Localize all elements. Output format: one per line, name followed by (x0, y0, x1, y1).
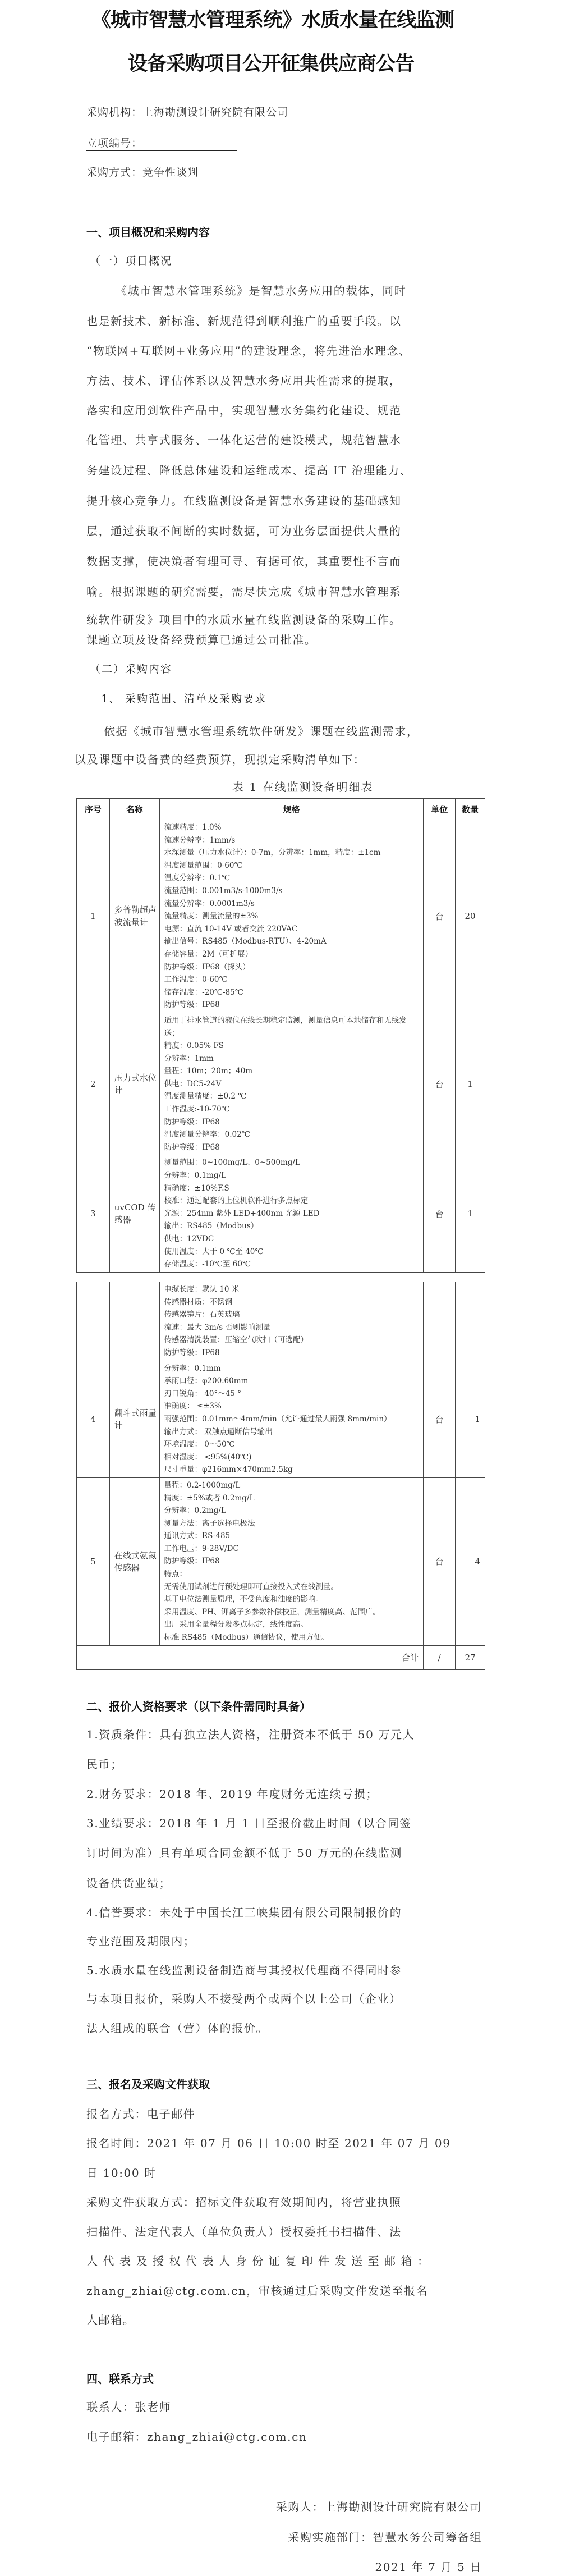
equipment-table-continued: 电缆长度：默认 10 米 传感器材质：不锈钢 传感器镜片：石英玻璃 流速：最大 … (76, 1282, 485, 1670)
row-name: 多普勒超声波流量计 (109, 820, 159, 1013)
spec-line: 输出信号：RS485（Modbus-RTU）、4-20mA (164, 935, 419, 948)
row-no: 1 (77, 820, 110, 1013)
spec-line: 出厂采用全量程分段多点标定，线性度高。 (164, 1618, 419, 1631)
spec-line: 分辨率：0.1mg/L (164, 1169, 419, 1182)
spec-line: 校准：通过配套的上位机软件进行多点标定 (164, 1195, 419, 1207)
row-name: 在线式氨氮传感器 (109, 1477, 159, 1645)
row-name: 翻斗式雨量计 (109, 1361, 159, 1477)
row-spec: 测量范围：0~100mg/L、0~500mg/L 分辨率：0.1mg/L 精确度… (159, 1155, 424, 1272)
spec-line: 输出：RS485（Modbus） (164, 1220, 419, 1233)
qualification-line: 4.信誉要求：未处于中国长江三峡集团有限公司限制报价的 (86, 1904, 402, 1920)
intro-line: 以及课题中设备费的经费预算，现拟定采购清单如下： (75, 751, 365, 767)
section-3-heading: 三、报名及采购文件获取 (86, 2075, 210, 2092)
registration-line: 人邮箱。 (86, 2311, 135, 2327)
header-name: 名称 (109, 799, 159, 820)
spec-line: 精度：0.05% FS (164, 1040, 419, 1053)
row-name: uvCOD 传感器 (109, 1155, 159, 1272)
spec-line: 供电：12VDC (164, 1233, 419, 1246)
header-unit: 单位 (424, 799, 456, 820)
table-row-continued: 电缆长度：默认 10 米 传感器材质：不锈钢 传感器镜片：石英玻璃 流速：最大 … (77, 1282, 485, 1361)
row-no: 3 (77, 1155, 110, 1272)
spec-line: 温度测量精度：±0.2 ℃ (164, 1090, 419, 1103)
row-unit: 台 (424, 1155, 456, 1272)
row-qty: 1 (456, 1155, 485, 1272)
paragraph-line: 落实和应用到软件产品中，实现智慧水务集约化建设、规范 (86, 401, 402, 418)
row-name: 压力式水位计 (109, 1013, 159, 1155)
row-spec: 分辨率：0.1mm 承雨口径：φ200.60mm 刃口锐角： 40°～45 ° … (159, 1361, 424, 1477)
spec-line: 防护等级：IP68（探头） (164, 961, 419, 974)
row-no: 5 (77, 1477, 110, 1645)
spec-line: 工作温度:-10-70℃ (164, 1103, 419, 1116)
row-unit: 台 (424, 1361, 456, 1477)
spec-line: 光源：254nm 紫外 LED+400nm 光源 LED (164, 1207, 419, 1220)
row-spec: 电缆长度：默认 10 米 传感器材质：不锈钢 传感器镜片：石英玻璃 流速：最大 … (159, 1282, 424, 1361)
spec-line: 分辨率：0.1mm (164, 1362, 419, 1375)
spec-line: 供电：DC5-24V (164, 1078, 419, 1091)
spec-line: 电缆长度：默认 10 米 (164, 1283, 419, 1296)
registration-email-line[interactable]: zhang_zhiai@ctg.com.cn，审核通过后采购文件发送至报名 (86, 2282, 428, 2298)
spec-line: 工作电压：9-28V/DC (164, 1543, 419, 1555)
document-title-line-1: 《城市智慧水管理系统》水质水量在线监测 (91, 4, 454, 33)
signature-purchaser: 采购人：上海勘测设计研究院有限公司 (276, 2498, 482, 2514)
spec-line: 传感器材质：不锈钢 (164, 1296, 419, 1309)
spec-line: 精确度：±10%F.S (164, 1182, 419, 1195)
procurement-scope-heading: 1、 采购范围、清单及采购要求 (101, 690, 266, 706)
spec-line: 采用温度、PH、钾离子多参数补偿校正，测量精度高、范围广。 (164, 1606, 419, 1619)
subsection-procurement-content-heading: （二）采购内容 (90, 661, 172, 676)
row-unit-empty (424, 1282, 456, 1361)
paragraph-line: 喻。根据课题的研究需要，需尽快完成《城市智慧水管理系 (86, 583, 402, 599)
row-unit: 台 (424, 1477, 456, 1645)
spec-line: 精度：±5%或者 0.2mg/L (164, 1492, 419, 1505)
row-name-empty (109, 1282, 159, 1361)
spec-line: 温度测量分辨率：0.02℃ (164, 1128, 419, 1141)
total-label: 合计 (77, 1645, 424, 1669)
spec-line: 分辨率：0.2mg/L (164, 1504, 419, 1517)
qualification-line: 法人组成的联合（营）体的报价。 (86, 2019, 268, 2035)
spec-line: 准确度： ≤±3% (164, 1400, 419, 1413)
row-no: 4 (77, 1361, 110, 1477)
spec-line: 工作温度：0-60℃ (164, 973, 419, 986)
spec-line: 使用温度：大于 0 ℃至 40℃ (164, 1246, 419, 1259)
table-row: 5 在线式氨氮传感器 量程：0.2-1000mg/L 精度：±5%或者 0.2m… (77, 1477, 485, 1645)
paragraph-line: 务建设过程、降低总体建设和运维成本、提高 IT 治理能力、 (86, 461, 412, 478)
spec-line: 适用于排水管道的液位在线长期稳定监测，测量信息可本地储存和无线发送； (164, 1014, 419, 1040)
qualification-line: 民币； (86, 1755, 123, 1772)
spec-line: 相对湿度： <95%(40℃) (164, 1451, 419, 1464)
registration-line: 报名方式：电子邮件 (86, 2105, 195, 2121)
spec-line: 流速：最大 3m/s 否则影响测量 (164, 1321, 419, 1334)
spec-line: 标准 RS485（Modbus）通信协议，使用方便。 (164, 1631, 419, 1644)
row-spec: 适用于排水管道的液位在线长期稳定监测，测量信息可本地储存和无线发送； 精度：0.… (159, 1013, 424, 1155)
spec-line: 防护等级：IP68 (164, 1347, 419, 1360)
total-unit: / (424, 1645, 456, 1669)
paragraph-line: 数据支撑，使决策者有理可寻、有据可依，其重要性不言而 (86, 552, 402, 569)
spec-line: 雨强范围：0.01mm～4mm/min（允许通过最大雨强 8mm/min） (164, 1413, 419, 1426)
table-caption: 表 1 在线监测设备明细表 (232, 778, 373, 794)
procurement-agency: 采购机构：上海勘测设计研究院有限公司 (86, 104, 366, 120)
table-row: 3 uvCOD 传感器 测量范围：0~100mg/L、0~500mg/L 分辨率… (77, 1155, 485, 1272)
spec-line: 电源：直流 10-14V 或者交流 220VAC (164, 923, 419, 936)
row-qty: 20 (456, 820, 485, 1013)
spec-line: 通讯方式：RS-485 (164, 1530, 419, 1543)
row-qty-empty (456, 1282, 485, 1361)
spec-line: 防护等级：IP68 (164, 1116, 419, 1129)
spec-line: 承雨口径：φ200.60mm (164, 1375, 419, 1388)
qualification-line: 专业范围及期限内； (86, 1932, 195, 1948)
procurement-method: 采购方式：竞争性谈判 (86, 164, 237, 180)
spec-line: 流速精度：1.0% (164, 821, 419, 834)
spec-line: 分辨率：1mm (164, 1053, 419, 1065)
row-unit: 台 (424, 820, 456, 1013)
registration-line: 报名时间：2021 年 07 月 06 日 10:00 时至 2021 年 07… (86, 2134, 451, 2151)
spec-line: 传感器清洗装置：压缩空气吹扫（可选配） (164, 1334, 419, 1347)
header-qty: 数量 (456, 799, 485, 820)
spec-line: 温度测量范围：0-60℃ (164, 859, 419, 872)
section-1-heading: 一、项目概况和采购内容 (86, 223, 210, 240)
spec-line: 防护等级：IP68 (164, 1141, 419, 1154)
row-qty: 1 (456, 1013, 485, 1155)
paragraph-line: 《城市智慧水管理系统》是智慧水务应用的载体，同时 (116, 282, 406, 298)
row-spec: 流速精度：1.0% 流速分辨率：1mm/s 水深测量（压力水位计）：0-7m，分… (159, 820, 424, 1013)
table-row: 2 压力式水位计 适用于排水管道的液位在线长期稳定监测，测量信息可本地储存和无线… (77, 1013, 485, 1155)
paragraph-line: “物联网+互联网+业务应用”的建设理念，将先进治水理念、 (86, 342, 411, 358)
row-unit: 台 (424, 1013, 456, 1155)
paragraph-line: 提升核心竞争力。在线监测设备是智慧水务建设的基础感知 (86, 492, 402, 508)
spec-line: 防护等级：IP68 (164, 999, 419, 1012)
signature-date: 2021 年 7 月 5 日 (375, 2558, 482, 2574)
document-title-line-2: 设备采购项目公开征集供应商公告 (128, 48, 414, 76)
qualification-line: 5.水质水量在线监测设备制造商与其授权代理商不得同时参 (86, 1961, 402, 1978)
spec-line: 存储温度：-10℃至 60℃ (164, 1258, 419, 1271)
table-total-row: 合计 / 27 (77, 1645, 485, 1669)
paragraph-line: 层，通过获取不间断的实时数据，可为业务层面提供大量的 (86, 522, 402, 538)
registration-line: 日 10:00 时 (86, 2164, 157, 2180)
subsection-overview-heading: （一）项目概况 (90, 253, 172, 268)
spec-line: 防护等级：IP68 (164, 1555, 419, 1568)
qualification-line: 1.资质条件：具有独立法人资格，注册资本不低于 50 万元人 (86, 1726, 415, 1742)
qualification-line: 3.业绩要求：2018 年 1 月 1 日至报价截止时间（以合同签 (86, 1814, 412, 1831)
registration-line: 采购文件获取方式：招标文件获取有效期间内，将营业执照 (86, 2193, 402, 2209)
row-no-empty (77, 1282, 110, 1361)
spec-line: 测量方法：离子选择电极法 (164, 1517, 419, 1530)
spec-line: 流量精度：测量流量的±3% (164, 910, 419, 923)
spec-line: 流量范围：0.001m3/s-1000m3/s (164, 885, 419, 898)
paragraph-line: 化管理、共享式服务、一体化运营的建设模式，规范智慧水 (86, 431, 402, 447)
spec-line: 流速分辨率：1mm/s (164, 834, 419, 847)
total-qty: 27 (456, 1645, 485, 1669)
row-spec: 量程：0.2-1000mg/L 精度：±5%或者 0.2mg/L 分辨率：0.2… (159, 1477, 424, 1645)
paragraph-line: 课题立项及设备经费预算已通过公司批准。 (86, 631, 316, 647)
section-4-heading: 四、联系方式 (86, 2370, 154, 2386)
spec-line: 环境温度： 0～50℃ (164, 1438, 419, 1451)
contact-person: 联系人：张老师 (86, 2398, 171, 2414)
spec-line: 测量范围：0~100mg/L、0~500mg/L (164, 1156, 419, 1169)
contact-email[interactable]: 电子邮箱：zhang_zhiai@ctg.com.cn (86, 2428, 307, 2444)
spec-line: 水深测量（压力水位计）：0-7m，分辨率：1mm，精度：±1cm (164, 847, 419, 859)
spec-line: 存储容量：2M（可扩展） (164, 948, 419, 961)
row-no: 2 (77, 1013, 110, 1155)
project-number: 立项编号： (86, 135, 237, 151)
spec-line: 特点： (164, 1568, 419, 1581)
spec-line: 传感器镜片：石英玻璃 (164, 1308, 419, 1321)
registration-line: 扫描件、法定代表人（单位负责人）授权委托书扫描件、法 (86, 2223, 402, 2239)
qualification-line: 订时间为准）具有单项合同金额不低于 50 万元的在线监测 (86, 1844, 402, 1860)
spec-line: 量程：0.2-1000mg/L (164, 1479, 419, 1492)
row-qty: 4 (456, 1477, 485, 1645)
spec-line: 温度分辨率：0.1℃ (164, 872, 419, 885)
table-row: 4 翻斗式雨量计 分辨率：0.1mm 承雨口径：φ200.60mm 刃口锐角： … (77, 1361, 485, 1477)
spec-line: 输出方式： 双触点通断信号输出 (164, 1426, 419, 1439)
intro-line: 依据《城市智慧水管理系统软件研发》课题在线监测需求， (104, 722, 419, 739)
row-qty: 1 (456, 1361, 485, 1477)
qualification-line: 设备供货业绩； (86, 1874, 171, 1891)
registration-line: 人代表及授权代表人身份证复印件发送至邮箱： (86, 2252, 434, 2268)
table-header-row: 序号 名称 规格 单位 数量 (77, 799, 485, 820)
header-no: 序号 (77, 799, 110, 820)
spec-line: 无需使用试剂进行预处理即可直接投入式在线测量。 (164, 1581, 419, 1594)
spec-line: 尺寸重量：φ216mm×470mm2.5kg (164, 1463, 419, 1476)
qualification-line: 与本项目报价，采购人不接受两个或两个以上公司（企业） (86, 1990, 402, 2006)
qualification-line: 2.财务要求：2018 年、2019 年度财务无连续亏损； (86, 1785, 378, 1801)
section-2-heading: 二、报价人资格要求（以下条件需同时具备） (86, 1697, 311, 1714)
spec-line: 储存温度：-20℃-85℃ (164, 986, 419, 999)
paragraph-line: 也是新技术、新标准、新规范得到顺利推广的重要手段。以 (86, 312, 402, 328)
equipment-table: 序号 名称 规格 单位 数量 1 多普勒超声波流量计 流速精度：1.0% 流速分… (76, 798, 485, 1273)
spec-line: 流量分辨率：0.0001m3/s (164, 898, 419, 910)
spec-line: 基于电位法测量原理，不受色度和浊度的影响。 (164, 1593, 419, 1606)
signature-department: 采购实施部门：智慧水务公司筹备组 (288, 2528, 482, 2545)
table-row: 1 多普勒超声波流量计 流速精度：1.0% 流速分辨率：1mm/s 水深测量（压… (77, 820, 485, 1013)
spec-line: 刃口锐角： 40°～45 ° (164, 1388, 419, 1401)
paragraph-line: 统软件研发》项目中的水质水量在线监测设备的采购工作。 (86, 611, 402, 627)
spec-line: 量程：10m；20m；40m (164, 1065, 419, 1078)
header-spec: 规格 (159, 799, 424, 820)
paragraph-line: 方法、技术、评估体系以及智慧水务应用共性需求的提取， (86, 372, 402, 388)
